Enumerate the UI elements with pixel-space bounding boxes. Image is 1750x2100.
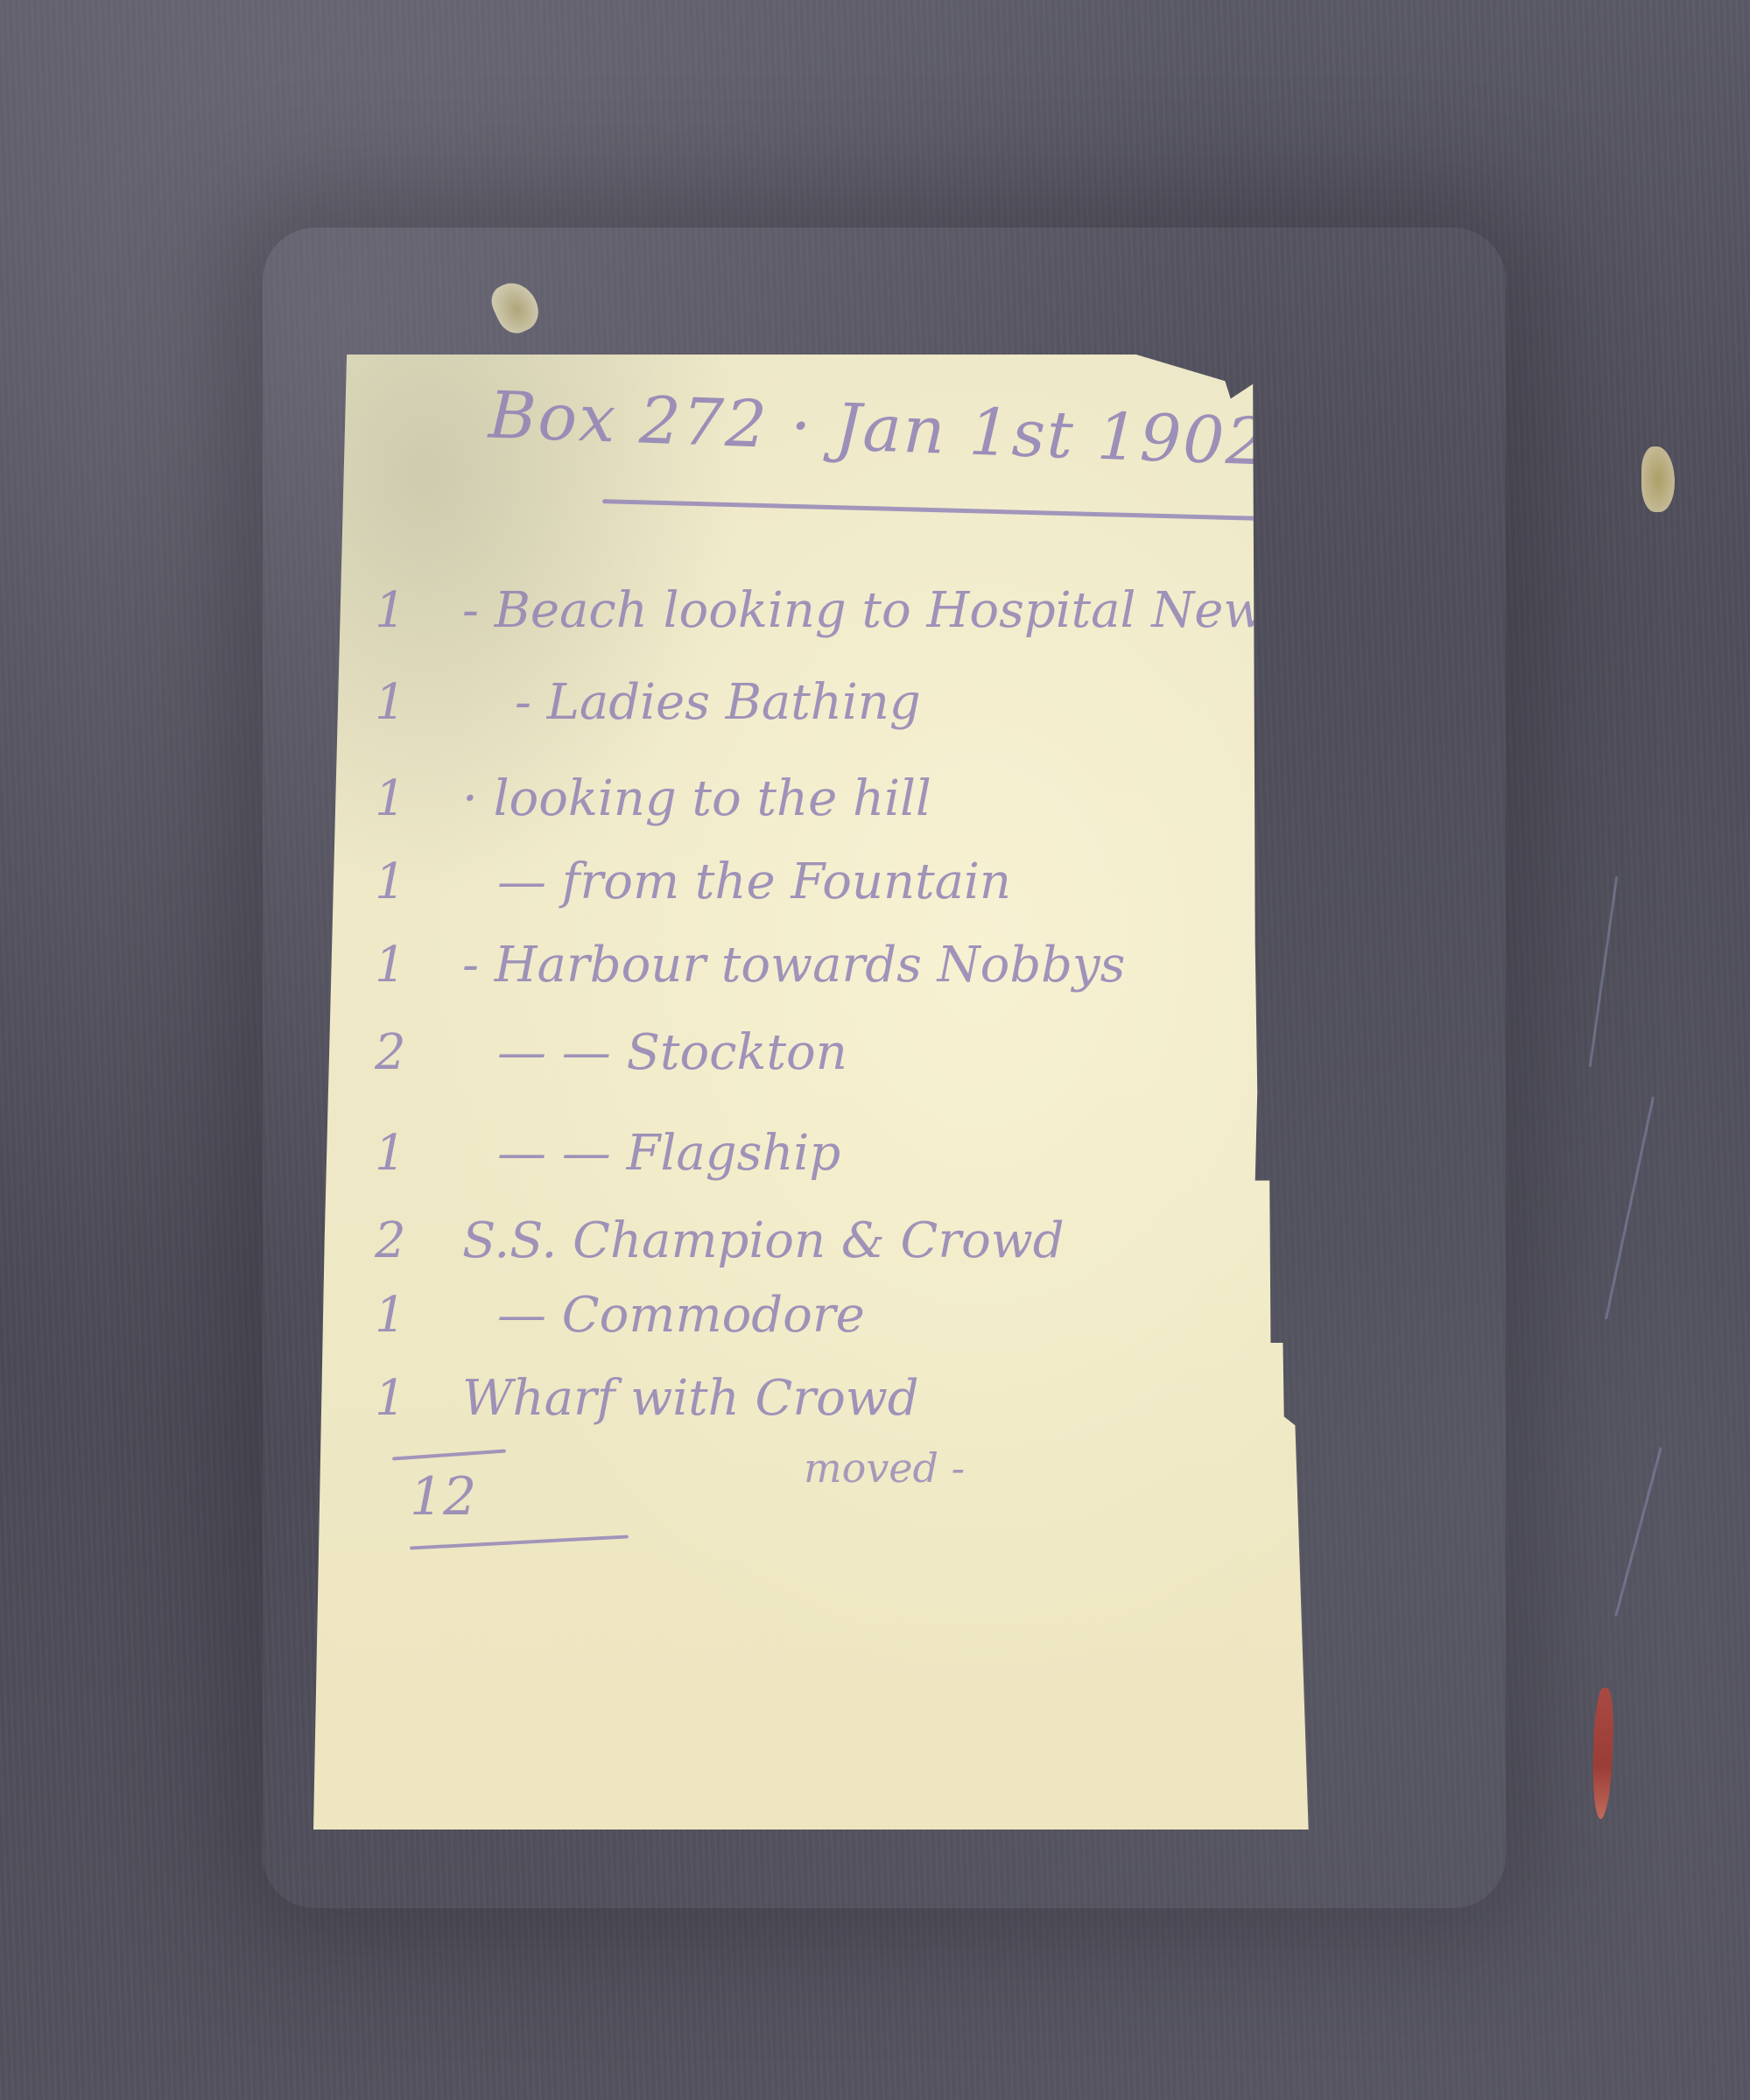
- item-description: — — Stockton: [462, 1024, 847, 1081]
- total-rule-top: [392, 1449, 506, 1460]
- item-description: - Harbour towards Nobbys: [462, 937, 1125, 994]
- item-description: S.S. Champion & Crowd: [462, 1212, 1065, 1269]
- item-quantity: 1: [375, 1370, 462, 1427]
- item-description: — Commodore: [462, 1287, 865, 1344]
- header-underline: [602, 499, 1259, 521]
- annotation-moved: moved -: [804, 1444, 965, 1492]
- total-rule-bottom: [410, 1535, 629, 1549]
- list-item: 1- Harbour towards Nobbys: [375, 937, 1125, 994]
- list-item: 1Wharf with Crowd: [375, 1370, 919, 1427]
- item-description: — — Flagship: [462, 1125, 840, 1182]
- list-item: 1- Ladies Bathing: [375, 674, 921, 731]
- list-item: 2S.S. Champion & Crowd: [375, 1212, 1065, 1269]
- item-description: Wharf with Crowd: [462, 1370, 919, 1427]
- item-quantity: 1: [375, 770, 462, 827]
- list-item: 1— — Flagship: [375, 1125, 840, 1182]
- item-quantity: 1: [375, 674, 462, 731]
- list-item: 1— from the Fountain: [375, 853, 1011, 910]
- total-count: 12: [410, 1466, 476, 1528]
- list-item: 1— Commodore: [375, 1287, 865, 1344]
- item-quantity: 1: [375, 1125, 462, 1182]
- item-quantity: 1: [375, 853, 462, 910]
- item-quantity: 1: [375, 582, 462, 639]
- item-description: — from the Fountain: [462, 853, 1011, 910]
- list-item: 1· looking to the hill: [375, 770, 931, 827]
- item-description: · looking to the hill: [462, 770, 931, 827]
- item-quantity: 2: [375, 1024, 462, 1081]
- item-quantity: 2: [375, 1212, 462, 1269]
- list-item: 2— — Stockton: [375, 1024, 847, 1081]
- item-description: - Ladies Bathing: [462, 674, 921, 731]
- note-header: Box 272 · Jan 1st 1902: [488, 377, 1270, 480]
- item-quantity: 1: [375, 937, 462, 994]
- item-quantity: 1: [375, 1287, 462, 1344]
